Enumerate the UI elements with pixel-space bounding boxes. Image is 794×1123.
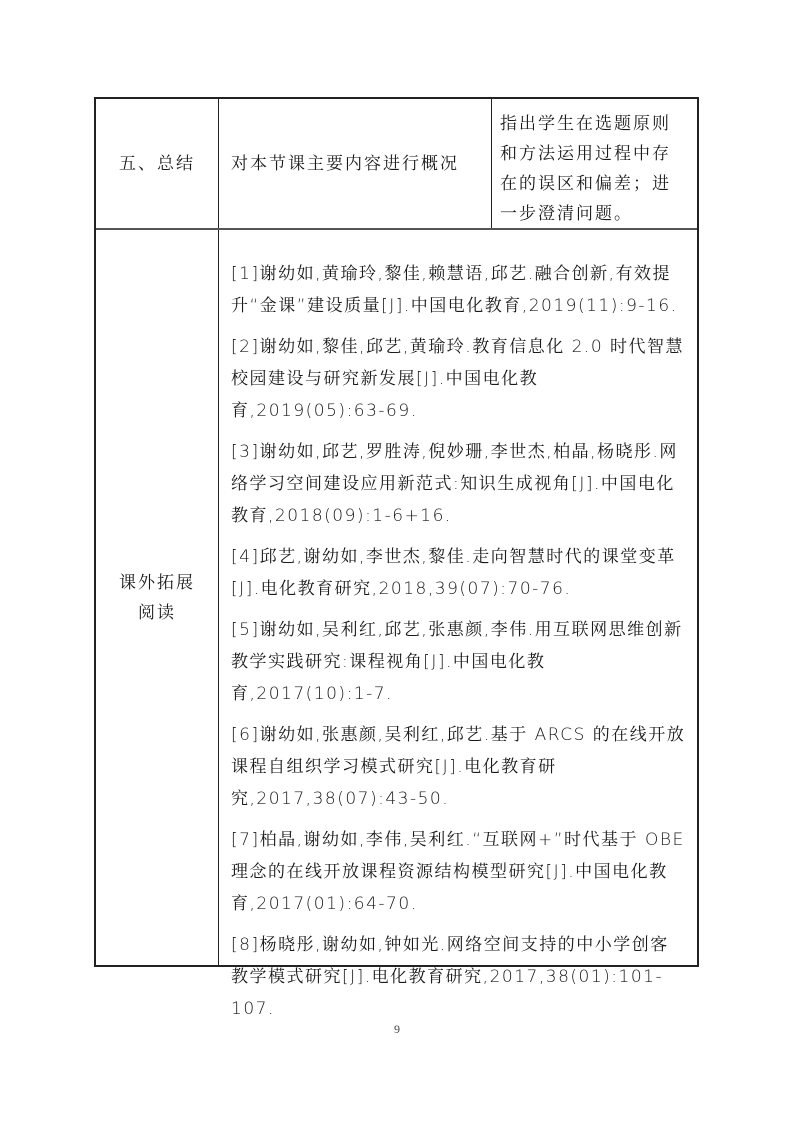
reference-item: [1]谢幼如,黄瑜玲,黎佳,赖慧语,邱艺.融合创新,有效提升“金课”建设质量[J…: [231, 258, 687, 322]
reference-item: [5]谢幼如,吴利红,邱艺,张惠颜,李伟.用互联网思维创新教学实践研究:课程视角…: [231, 614, 687, 710]
reference-item: [6]谢幼如,张惠颜,吴利红,邱艺.基于 ARCS 的在线开放课程自组织学习模式…: [231, 719, 687, 815]
reference-item: [2]谢幼如,黎佳,邱艺,黄瑜玲.教育信息化 2.0 时代智慧校园建设与研究新发…: [231, 331, 687, 427]
note-cell: 指出学生在选题原则和方法运用过程中存在的误区和偏差；进一步澄清问题。: [492, 99, 697, 228]
page-number: 9: [0, 1022, 794, 1037]
content-text: 对本节课主要内容进行概况: [231, 149, 459, 179]
stage-label: 五、总结: [119, 149, 195, 179]
reference-item: [3]谢幼如,邱艺,罗胜涛,倪妙珊,李世杰,柏晶,杨晓彤.网络学习空间建设应用新…: [231, 436, 687, 532]
content-cell: 对本节课主要内容进行概况: [219, 99, 492, 228]
stage-label: 课外拓展阅读: [117, 568, 197, 628]
note-text: 指出学生在选题原则和方法运用过程中存在的误区和偏差；进一步澄清问题。: [500, 109, 689, 229]
reference-item: [4]邱艺,谢幼如,李世杰,黎佳.走向智慧时代的课堂变革[J].电化教育研究,2…: [231, 541, 687, 605]
reference-item: [8]杨晓彤,谢幼如,钟如光.网络空间支持的中小学创客教学模式研究[J].电化教…: [231, 929, 687, 1025]
stage-cell: 课外拓展阅读: [96, 230, 219, 965]
stage-cell: 五、总结: [96, 99, 219, 228]
references-cell: [1]谢幼如,黄瑜玲,黎佳,赖慧语,邱艺.融合创新,有效提升“金课”建设质量[J…: [219, 230, 697, 965]
table-row-summary: 五、总结 对本节课主要内容进行概况 指出学生在选题原则和方法运用过程中存在的误区…: [96, 99, 697, 230]
table-row-extended-reading: 课外拓展阅读 [1]谢幼如,黄瑜玲,黎佳,赖慧语,邱艺.融合创新,有效提升“金课…: [96, 230, 697, 965]
reference-item: [7]柏晶,谢幼如,李伟,吴利红.“互联网+”时代基于 OBE 理念的在线开放课…: [231, 824, 687, 920]
lesson-plan-table: 五、总结 对本节课主要内容进行概况 指出学生在选题原则和方法运用过程中存在的误区…: [94, 97, 699, 967]
